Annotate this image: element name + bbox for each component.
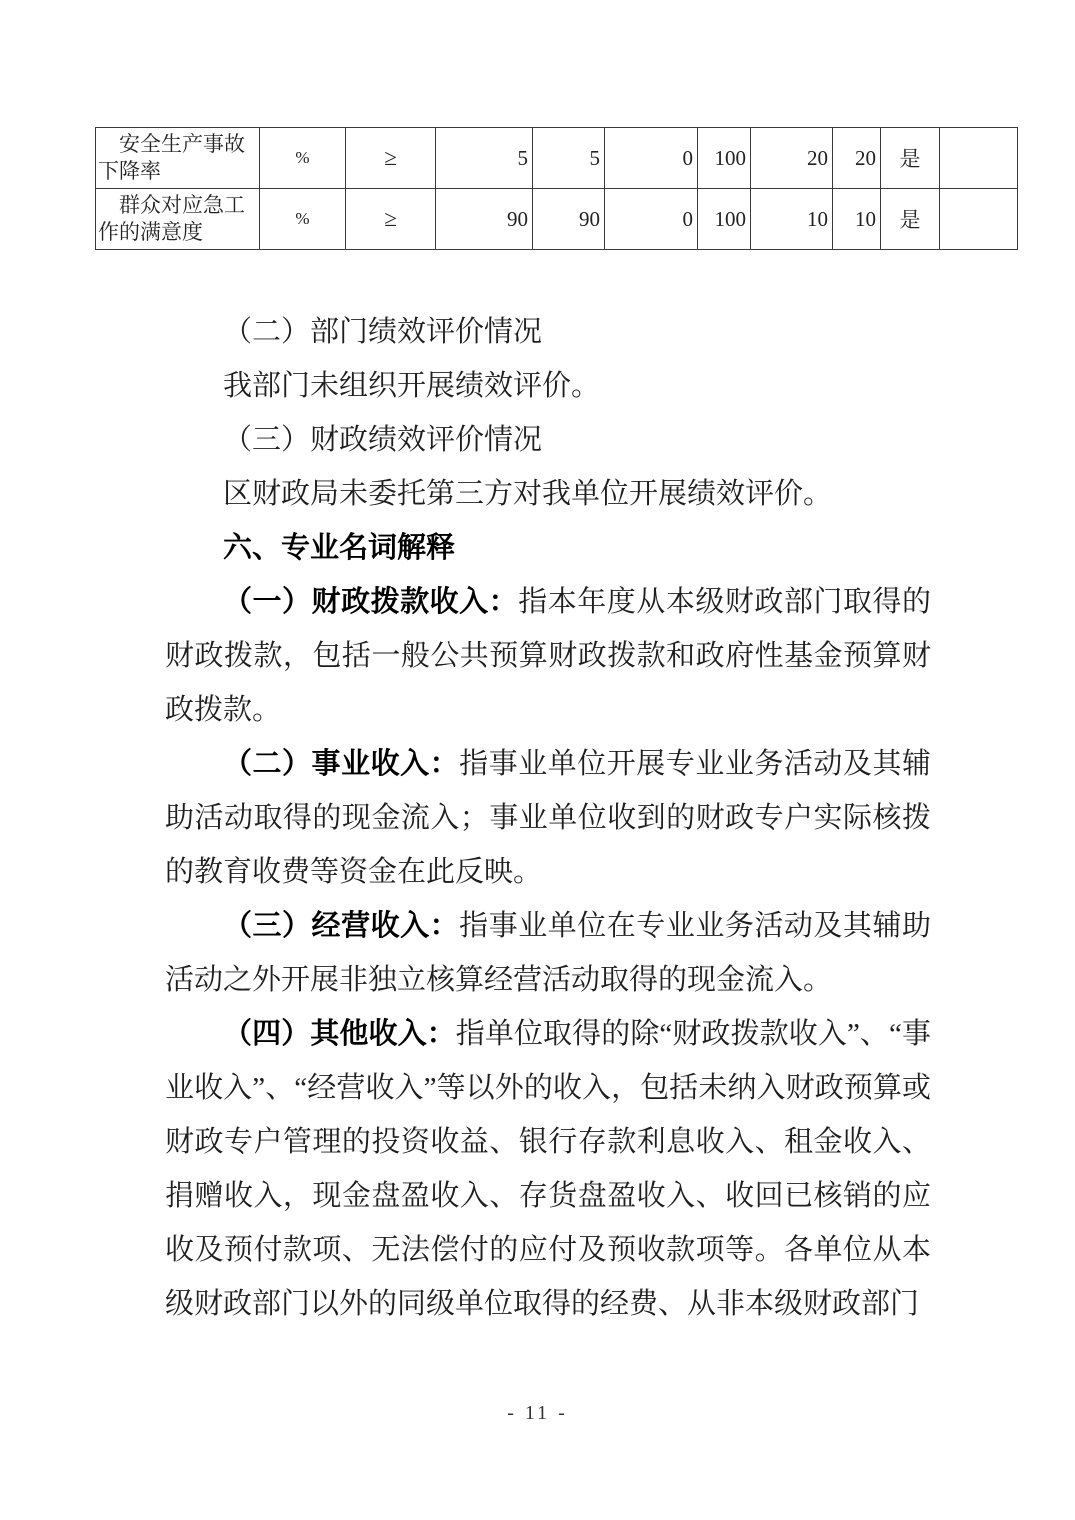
achieved-cell: 是 <box>881 128 940 189</box>
table-row: 群众对应急工作的满意度 % ≥ 90 90 0 100 10 10 是 <box>96 189 1018 250</box>
chapter-heading-terms: 六、专业名词解释 <box>165 521 931 575</box>
term-definition: （四）其他收入：指单位取得的除“财政拨款收入”、“事业收入”、“经营收入”等以外… <box>165 1007 931 1331</box>
indicator-name-cell: 安全生产事故下降率 <box>96 128 260 189</box>
actual-value-cell: 5 <box>533 128 605 189</box>
achieved-cell: 是 <box>881 189 940 250</box>
term-definition: （二）事业收入：指事业单位开展专业业务活动及其辅助活动取得的现金流入；事业单位收… <box>165 737 931 899</box>
paragraph-fiscal-eval: 区财政局未委托第三方对我单位开展绩效评价。 <box>165 467 931 521</box>
term-label: （四）其他收入： <box>223 1018 456 1050</box>
actual-value-cell: 90 <box>533 189 605 250</box>
deviation-cell: 0 <box>605 128 698 189</box>
document-body: （二）部门绩效评价情况 我部门未组织开展绩效评价。 （三）财政绩效评价情况 区财… <box>165 305 931 1331</box>
score-cell: 20 <box>833 128 881 189</box>
performance-indicator-table: 安全生产事故下降率 % ≥ 5 5 0 100 20 20 是 群众对应急工作的… <box>95 127 1018 250</box>
remark-cell <box>940 189 1018 250</box>
term-label: （一）财政拨款收入： <box>223 586 518 618</box>
document-page: 安全生产事故下降率 % ≥ 5 5 0 100 20 20 是 群众对应急工作的… <box>0 0 1075 1520</box>
section-heading-fiscal-eval: （三）财政绩效评价情况 <box>165 413 931 467</box>
term-definition: （一）财政拨款收入：指本年度从本级财政部门取得的财政拨款，包括一般公共预算财政拨… <box>165 575 931 737</box>
section-heading-dept-eval: （二）部门绩效评价情况 <box>165 305 931 359</box>
term-text: 指单位取得的除“财政拨款收入”、“事业收入”、“经营收入”等以外的收入，包括未纳… <box>165 1018 931 1320</box>
direction-cell: ≥ <box>346 128 436 189</box>
term-label: （三）经营收入： <box>223 910 459 942</box>
direction-cell: ≥ <box>346 189 436 250</box>
term-label: （二）事业收入： <box>223 748 459 780</box>
remark-cell <box>940 128 1018 189</box>
table-row: 安全生产事故下降率 % ≥ 5 5 0 100 20 20 是 <box>96 128 1018 189</box>
target-value-cell: 90 <box>436 189 533 250</box>
weight-cell: 10 <box>751 189 833 250</box>
unit-cell: % <box>260 189 346 250</box>
rate-cell: 100 <box>698 189 751 250</box>
term-definition: （三）经营收入：指事业单位在专业业务活动及其辅助活动之外开展非独立核算经营活动取… <box>165 899 931 1007</box>
weight-cell: 20 <box>751 128 833 189</box>
target-value-cell: 5 <box>436 128 533 189</box>
score-cell: 10 <box>833 189 881 250</box>
indicator-name-cell: 群众对应急工作的满意度 <box>96 189 260 250</box>
paragraph-dept-eval: 我部门未组织开展绩效评价。 <box>165 359 931 413</box>
deviation-cell: 0 <box>605 189 698 250</box>
unit-cell: % <box>260 128 346 189</box>
rate-cell: 100 <box>698 128 751 189</box>
page-number: - 11 - <box>0 1402 1075 1425</box>
